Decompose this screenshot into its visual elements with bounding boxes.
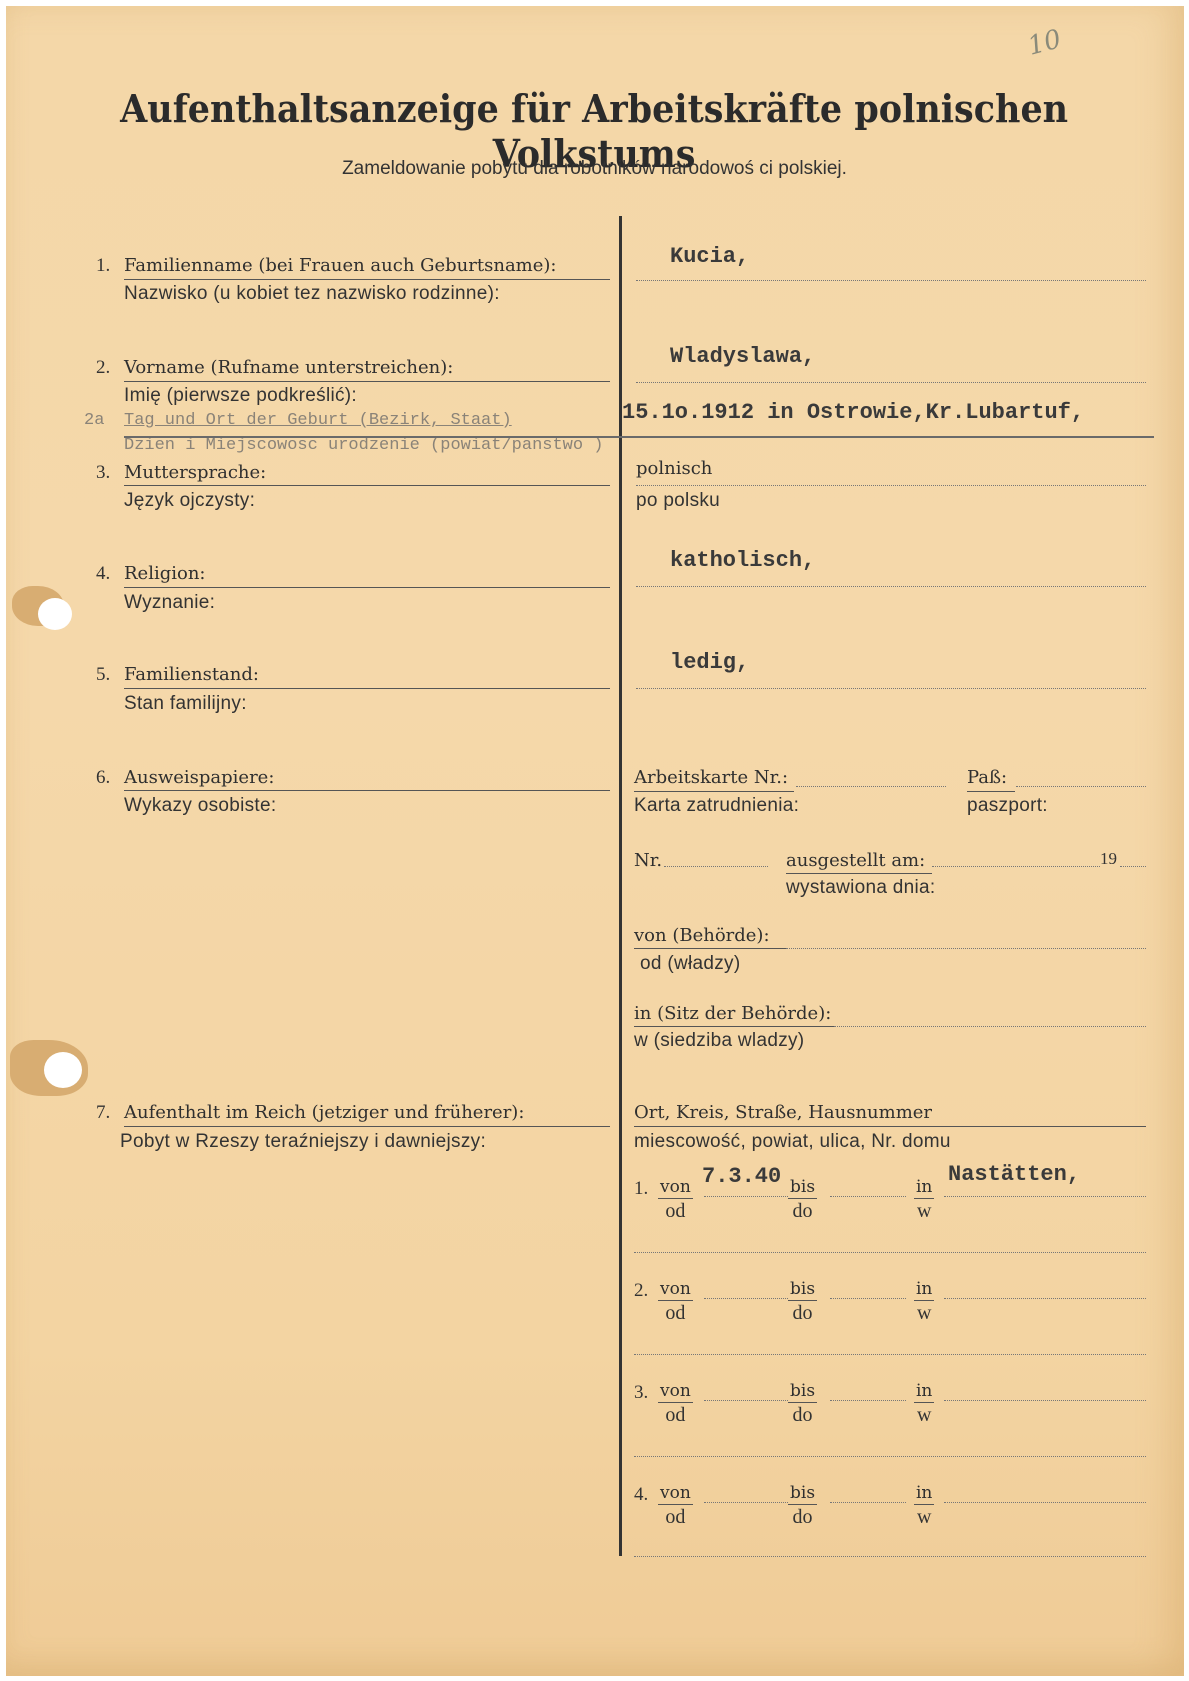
punch-hole bbox=[38, 598, 72, 630]
page-subtitle: Zameldowanie pobytu dla robotników narod… bbox=[0, 158, 1189, 180]
in-input-line[interactable] bbox=[944, 1502, 1146, 1503]
year-prefix: 19 bbox=[1100, 849, 1117, 869]
field-5-input-line bbox=[636, 688, 1146, 689]
in-label: in bbox=[914, 1482, 934, 1505]
in-label: in bbox=[914, 1278, 934, 1301]
behoerde-input-line[interactable] bbox=[786, 948, 1146, 949]
row-1-second-line[interactable] bbox=[634, 1252, 1146, 1253]
von-input-line[interactable] bbox=[704, 1400, 788, 1401]
ausgestellt-label-pl: wystawiona dnia: bbox=[786, 877, 936, 899]
bis-label: bis bbox=[788, 1176, 817, 1199]
pass-rule bbox=[967, 791, 1015, 792]
bis-label: bis bbox=[788, 1278, 817, 1301]
bis-input-line[interactable] bbox=[830, 1298, 906, 1299]
od-label: od bbox=[658, 1403, 693, 1427]
od-label: od bbox=[658, 1505, 693, 1529]
nr-label: Nr. bbox=[634, 850, 662, 871]
residence-header-de: Ort, Kreis, Straße, Hausnummer bbox=[634, 1102, 932, 1123]
field-6-label-pl: Wykazy osobiste: bbox=[124, 795, 276, 817]
field-7-number: 7. bbox=[96, 1102, 110, 1124]
row-number: 2. bbox=[634, 1280, 648, 1302]
residence-header-rule bbox=[634, 1126, 1146, 1127]
field-5-value[interactable]: ledig, bbox=[670, 650, 749, 675]
od-label: od bbox=[658, 1301, 693, 1325]
field-1-label-pl: Nazwisko (u kobiet tez nazwisko rodzinne… bbox=[124, 283, 500, 305]
in-label: in bbox=[914, 1380, 934, 1403]
row-number: 3. bbox=[634, 1382, 648, 1404]
field-3-input-line bbox=[636, 485, 1146, 486]
field-2-input-line bbox=[636, 382, 1146, 383]
residence-row-4: 4. vonod bisdo inw bbox=[634, 1478, 1154, 1548]
row-2-second-line[interactable] bbox=[634, 1354, 1146, 1355]
row-number: 4. bbox=[634, 1484, 648, 1506]
punch-hole bbox=[44, 1052, 82, 1088]
in-label: in bbox=[914, 1176, 934, 1199]
field-7-label-pl: Pobyt w Rzeszy teraźniejszy i dawniejszy… bbox=[120, 1131, 486, 1153]
von-label: von bbox=[658, 1380, 693, 1403]
row-4-second-line[interactable] bbox=[634, 1556, 1146, 1557]
sitz-rule bbox=[634, 1026, 834, 1027]
field-3-label-de: Muttersprache: bbox=[124, 462, 266, 483]
arbeitskarte-input-line[interactable] bbox=[796, 786, 946, 787]
residence-row-3: 3. vonod bisdo inw bbox=[634, 1376, 1154, 1446]
in-input-line[interactable] bbox=[944, 1400, 1146, 1401]
field-2a-label-de: Tag und Ort der Geburt (Bezirk, Staat) bbox=[124, 411, 512, 430]
field-3-label-pl: Język ojczysty: bbox=[124, 490, 255, 512]
year-input-line[interactable] bbox=[1120, 866, 1146, 867]
w-label: w bbox=[914, 1403, 934, 1427]
bis-label: bis bbox=[788, 1482, 817, 1505]
field-2-rule bbox=[124, 381, 610, 382]
field-2a-number: 2a bbox=[84, 411, 104, 430]
field-3-value-pl: po polsku bbox=[636, 490, 720, 512]
do-label: do bbox=[788, 1301, 817, 1325]
in-input-line[interactable] bbox=[944, 1298, 1146, 1299]
do-label: do bbox=[788, 1505, 817, 1529]
von-label: von bbox=[658, 1278, 693, 1301]
field-4-number: 4. bbox=[96, 563, 110, 585]
field-2-number: 2. bbox=[96, 357, 110, 379]
residence-row-2: 2. vonod bisdo inw bbox=[634, 1274, 1154, 1344]
ausgestellt-label-de: ausgestellt am: bbox=[786, 850, 925, 871]
field-2a-label-pl: Dzien i Miejscowosc urodzenie (powiat/pa… bbox=[124, 436, 603, 455]
field-2-value[interactable]: Wladyslawa, bbox=[670, 344, 815, 369]
field-2-label-pl: Imię (pierwsze podkreślić): bbox=[124, 385, 357, 407]
behoerde-label-de: von (Behörde): bbox=[634, 925, 770, 946]
bis-label: bis bbox=[788, 1380, 817, 1403]
behoerde-rule bbox=[634, 948, 786, 949]
field-5-label-de: Familienstand: bbox=[124, 664, 259, 685]
von-label: von bbox=[658, 1176, 693, 1199]
behoerde-label-pl: od (władzy) bbox=[640, 953, 740, 975]
von-input-line bbox=[704, 1196, 788, 1197]
von-input-line[interactable] bbox=[704, 1502, 788, 1503]
pass-label-de: Paß: bbox=[967, 767, 1007, 788]
arbeitskarte-label-pl: Karta zatrudnienia: bbox=[634, 795, 799, 817]
field-3-value-de: polnisch bbox=[636, 458, 712, 479]
field-4-label-de: Religion: bbox=[124, 563, 206, 584]
bis-input-line[interactable] bbox=[830, 1502, 906, 1503]
bis-input-line[interactable] bbox=[830, 1196, 906, 1197]
field-5-label-pl: Stan familijny: bbox=[124, 693, 247, 715]
field-2-label-de: Vorname (Rufname unterstreichen): bbox=[124, 357, 453, 378]
field-6-label-de: Ausweispapiere: bbox=[124, 767, 274, 788]
field-6-number: 6. bbox=[96, 767, 110, 789]
w-label: w bbox=[914, 1301, 934, 1325]
field-3-number: 3. bbox=[96, 462, 110, 484]
bis-input-line[interactable] bbox=[830, 1400, 906, 1401]
pass-label-pl: paszport: bbox=[967, 795, 1048, 817]
field-4-input-line bbox=[636, 586, 1146, 587]
row-number: 1. bbox=[634, 1178, 648, 1200]
field-1-label-de: Familienname (bei Frauen auch Geburtsnam… bbox=[124, 255, 556, 276]
ausgestellt-rule bbox=[786, 873, 932, 874]
field-6-rule bbox=[124, 790, 610, 791]
row-in-value[interactable]: Nastätten, bbox=[948, 1162, 1080, 1187]
w-label: w bbox=[914, 1505, 934, 1529]
od-label: od bbox=[658, 1199, 693, 1223]
field-5-number: 5. bbox=[96, 664, 110, 686]
field-5-rule bbox=[124, 688, 610, 689]
field-1-value[interactable]: Kucia, bbox=[670, 244, 749, 269]
residence-header-pl: miescowość, powiat, ulica, Nr. domu bbox=[634, 1131, 951, 1153]
in-input-line bbox=[944, 1196, 1146, 1197]
row-von-value[interactable]: 7.3.40 bbox=[702, 1164, 781, 1189]
do-label: do bbox=[788, 1403, 817, 1427]
arbeitskarte-rule bbox=[634, 791, 794, 792]
sitz-input-line[interactable] bbox=[834, 1026, 1146, 1027]
sitz-label-de: in (Sitz der Behörde): bbox=[634, 1003, 831, 1024]
residence-row-1: 1. vonod 7.3.40 bisdo inw Nastätten, bbox=[634, 1172, 1154, 1242]
row-3-second-line[interactable] bbox=[634, 1456, 1146, 1457]
field-1-input-line bbox=[636, 280, 1146, 281]
field-3-rule bbox=[124, 485, 610, 486]
field-1-number: 1. bbox=[96, 255, 110, 277]
arbeitskarte-label-de: Arbeitskarte Nr.: bbox=[634, 767, 788, 788]
field-1-rule bbox=[124, 279, 610, 280]
do-label: do bbox=[788, 1199, 817, 1223]
pass-input-line[interactable] bbox=[1016, 786, 1146, 787]
nr-input-line[interactable] bbox=[664, 866, 768, 867]
ausgestellt-input-line[interactable] bbox=[932, 866, 1100, 867]
field-7-rule bbox=[124, 1126, 610, 1127]
field-4-label-pl: Wyznanie: bbox=[124, 592, 215, 614]
field-2a-value[interactable]: 15.1o.1912 in Ostrowie,Kr.Lubartuf, bbox=[622, 400, 1084, 425]
field-4-rule bbox=[124, 587, 610, 588]
field-4-value[interactable]: katholisch, bbox=[670, 548, 815, 573]
w-label: w bbox=[914, 1199, 934, 1223]
von-label: von bbox=[658, 1482, 693, 1505]
field-7-label-de: Aufenthalt im Reich (jetziger und früher… bbox=[124, 1102, 524, 1123]
von-input-line[interactable] bbox=[704, 1298, 788, 1299]
field-2a-rule bbox=[124, 436, 1154, 438]
sitz-label-pl: w (siedziba wladzy) bbox=[634, 1030, 804, 1052]
